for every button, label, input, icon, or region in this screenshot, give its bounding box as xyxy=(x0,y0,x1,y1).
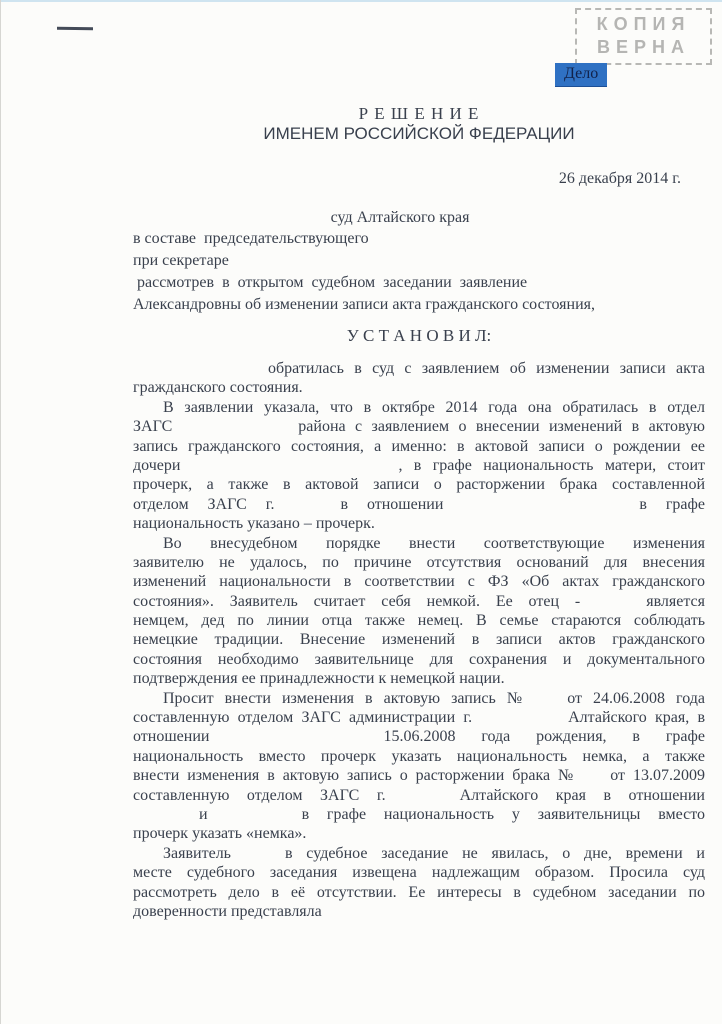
text-line: национальность вместо прочерк указать на… xyxy=(133,747,705,766)
text-segment: состояния необходимо заявительнице для с… xyxy=(133,651,705,668)
decision-date: 26 декабря 2014 г. xyxy=(133,170,705,189)
text-segment: внести изменения в актовую запись о раст… xyxy=(133,767,577,784)
text-line: состояния необходимо заявительнице для с… xyxy=(133,650,705,669)
text-segment: отделом ЗАГС г. xyxy=(133,496,274,513)
text-line: отделом ЗАГС г.в отношениив графе xyxy=(133,495,705,514)
text-line: немецкие традиции. Внесение изменений в … xyxy=(133,630,705,649)
document-content: Р Е Ш Е Н И Е ИМЕНЕМ РОССИЙСКОЙ ФЕДЕРАЦИ… xyxy=(133,0,705,921)
text-segment: ЗАГС xyxy=(133,418,172,435)
redacted-blank xyxy=(208,818,302,819)
text-line: отношении15.06.2008 года рождения, в гра… xyxy=(133,727,705,746)
redacted-blank xyxy=(172,430,298,431)
text-segment: в графе xyxy=(639,496,705,513)
text-line: В заявлении указала, что в октябре 2014 … xyxy=(133,398,705,417)
text-segment: составленную отделом ЗАГС администрации … xyxy=(133,709,472,726)
text-line: внести изменения в актовую запись о раст… xyxy=(133,766,705,785)
text-line: обратилась в суд с заявлением об изменен… xyxy=(133,359,705,378)
text-line: заявителю не удалось, по причине отсутст… xyxy=(133,553,705,572)
scan-artifact-dash xyxy=(57,27,93,30)
redacted-blank xyxy=(209,740,383,741)
text-line: состояния». Заявитель считает себя немко… xyxy=(133,592,705,611)
redacted-blank xyxy=(386,799,460,800)
text-segment: в графе национальность у заявительницы в… xyxy=(302,806,705,823)
intro-line-secretary: при секретаре xyxy=(133,250,705,272)
text-line: Заявительв судебное заседание не явилась… xyxy=(133,844,705,863)
text-segment: состояния». Заявитель считает себя немко… xyxy=(133,593,580,610)
ustanovil-heading: У С Т А Н О В И Л: xyxy=(133,326,705,346)
text-segment: Во внесудебном порядке внести соответств… xyxy=(163,535,705,552)
text-segment: запись гражданского состояния, а именно:… xyxy=(133,438,705,455)
text-segment: национальность вместо прочерк указать на… xyxy=(133,748,705,765)
redacted-blank xyxy=(472,721,568,722)
text-line: национальность указано – прочерк. xyxy=(133,514,705,533)
text-line: доверенности представляла xyxy=(133,902,705,921)
text-segment: от 24.06.2008 года xyxy=(567,690,705,707)
text-segment: прочерк, а также в актовой записи о раст… xyxy=(133,476,705,493)
text-line: составленную отделом ЗАГС г.Алтайского к… xyxy=(133,786,705,805)
text-line: изменений национальности в соответствии … xyxy=(133,572,705,591)
text-segment: в судебное заседание не явилась, о дне, … xyxy=(285,845,705,862)
text-line: подтверждения ее принадлежности к немецк… xyxy=(133,669,705,688)
paragraph: Просит внести изменения в актовую запись… xyxy=(133,689,705,844)
text-line: составленную отделом ЗАГС администрации … xyxy=(133,708,705,727)
text-segment: Заявитель xyxy=(163,845,231,862)
text-segment: Просит внести изменения в актовую запись… xyxy=(163,690,529,707)
redacted-blank xyxy=(231,857,285,858)
text-line: прочерк указать «немка». xyxy=(133,824,705,843)
text-segment: Алтайского края в отношении xyxy=(460,787,705,804)
text-segment: , в графе национальность матери, стоит xyxy=(398,457,705,474)
text-segment: рассмотреть дело в её отсутствии. Ее инт… xyxy=(133,884,705,901)
text-segment: доверенности представляла xyxy=(133,903,322,920)
text-line: ЗАГСрайона с заявлением о внесении измен… xyxy=(133,417,705,436)
intro-line-subject: Александровны об изменении записи акта г… xyxy=(133,294,705,316)
decision-title: Р Е Ш Е Н И Е xyxy=(133,104,705,124)
text-segment: месте судебного заседания извещена надле… xyxy=(133,864,705,881)
text-segment: подтверждения ее принадлежности к немецк… xyxy=(133,670,505,687)
text-segment: гражданского состояния. xyxy=(133,379,303,396)
text-segment: района с заявлением о внесении изменений… xyxy=(298,418,705,435)
text-line: немцем, дед по линии отца также немец. В… xyxy=(133,611,705,630)
redacted-blank xyxy=(133,372,268,373)
text-segment: в отношении xyxy=(340,496,443,513)
text-segment: прочерк указать «немка». xyxy=(133,825,306,842)
text-segment: Алтайского края, в xyxy=(568,709,705,726)
text-segment: 15.06.2008 года рождения, в графе xyxy=(383,728,705,745)
paragraph: обратилась в суд с заявлением об изменен… xyxy=(133,359,705,398)
paragraph: Во внесудебном порядке внести соответств… xyxy=(133,534,705,689)
text-line: рассмотреть дело в её отсутствии. Ее инт… xyxy=(133,883,705,902)
text-segment: обратилась в суд с заявлением об изменен… xyxy=(268,360,705,377)
text-line: Во внесудебном порядке внести соответств… xyxy=(133,534,705,553)
case-intro: в составе председательствующего при секр… xyxy=(133,228,705,316)
text-segment: изменений национальности в соответствии … xyxy=(133,573,705,590)
text-line: дочери, в графе национальность матери, с… xyxy=(133,456,705,475)
text-line: запись гражданского состояния, а именно:… xyxy=(133,437,705,456)
redacted-blank xyxy=(274,508,340,509)
text-segment: немецкие традиции. Внесение изменений в … xyxy=(133,631,705,648)
text-line: прочерк, а также в актовой записи о раст… xyxy=(133,475,705,494)
text-segment: является xyxy=(646,593,705,610)
court-name-line: суд Алтайского края xyxy=(114,209,686,228)
text-segment: национальность указано – прочерк. xyxy=(133,515,375,532)
text-segment: и xyxy=(199,806,208,823)
paragraph: Заявительв судебное заседание не явилась… xyxy=(133,844,705,922)
redacted-blank xyxy=(133,818,199,819)
redacted-blank xyxy=(529,702,567,703)
intro-line-composition: в составе председательствующего xyxy=(133,228,705,250)
text-line: Просит внести изменения в актовую запись… xyxy=(133,689,705,708)
scanned-court-decision-page: КОПИЯ ВЕРНА Дело Р Е Ш Е Н И Е ИМЕНЕМ РО… xyxy=(0,0,722,1024)
text-segment: В заявлении указала, что в октябре 2014 … xyxy=(163,399,705,416)
redacted-blank xyxy=(180,469,398,470)
intro-line-hearing: рассмотрев в открытом судебном заседании… xyxy=(133,272,705,294)
text-segment: дочери xyxy=(133,457,180,474)
paragraph: В заявлении указала, что в октябре 2014 … xyxy=(133,398,705,534)
decision-subtitle: ИМЕНЕМ РОССИЙСКОЙ ФЕДЕРАЦИИ xyxy=(133,124,705,144)
redacted-blank xyxy=(580,605,646,606)
text-segment: заявителю не удалось, по причине отсутст… xyxy=(133,554,705,571)
text-line: месте судебного заседания извещена надле… xyxy=(133,863,705,882)
text-segment: составленную отделом ЗАГС г. xyxy=(133,787,386,804)
decision-body: обратилась в суд с заявлением об изменен… xyxy=(133,359,705,921)
text-segment: отношении xyxy=(133,728,209,745)
text-line: ив графе национальность у заявительницы … xyxy=(133,805,705,824)
text-segment: от 13.07.2009 xyxy=(610,767,705,784)
text-line: гражданского состояния. xyxy=(133,378,705,397)
text-segment: немцем, дед по линии отца также немец. В… xyxy=(133,612,705,629)
redacted-blank xyxy=(577,779,610,780)
redacted-blank xyxy=(443,508,639,509)
